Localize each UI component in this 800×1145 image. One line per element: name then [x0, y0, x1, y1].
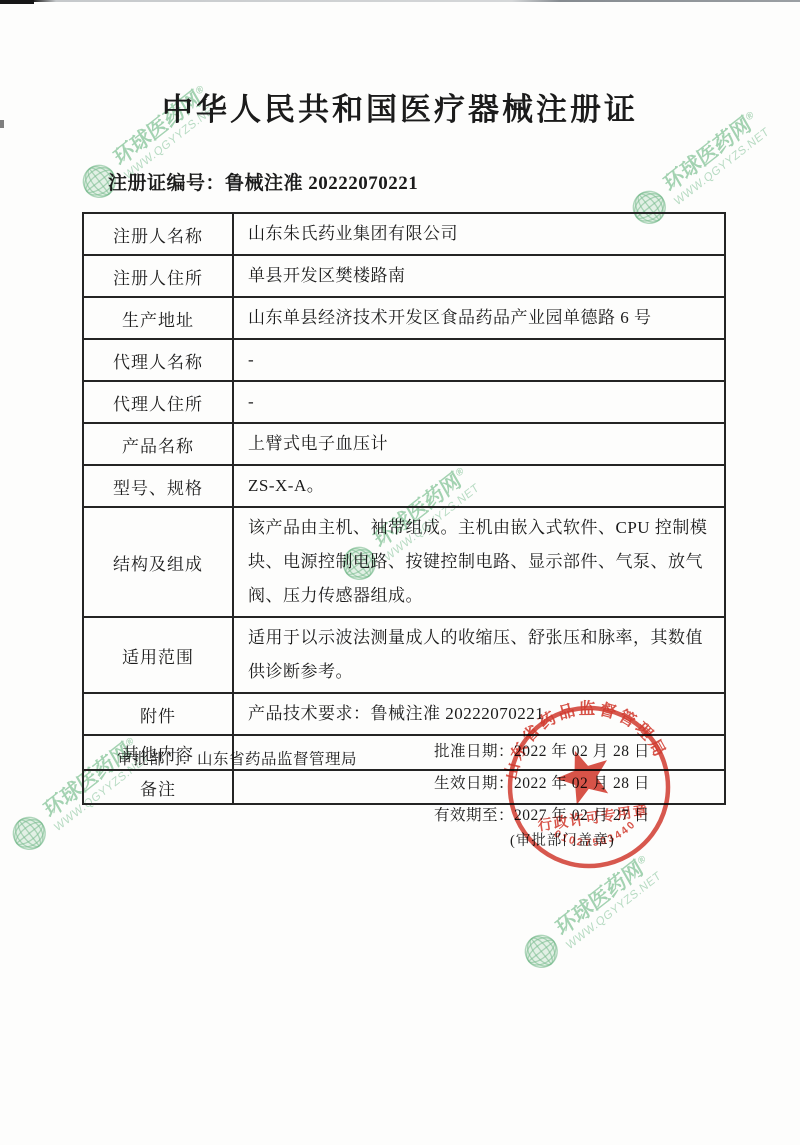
- table-row: 结构及组成该产品由主机、袖带组成。主机由嵌入式软件、CPU 控制模块、电源控制电…: [83, 507, 725, 617]
- row-label: 附件: [83, 693, 233, 735]
- certificate-number: 鲁械注准 20222070221: [225, 173, 418, 194]
- table-row: 注册人名称山东朱氏药业集团有限公司: [83, 213, 725, 255]
- row-label: 生产地址: [83, 297, 233, 339]
- row-value: ZS-X-A。: [233, 465, 725, 507]
- row-value: -: [233, 339, 725, 381]
- table-row: 代理人住所-: [83, 381, 725, 423]
- certificate-number-label: 注册证编号：: [108, 173, 225, 194]
- row-value: 山东朱氏药业集团有限公司: [233, 213, 725, 255]
- stamp-star-icon: [550, 742, 618, 809]
- globe-icon: [515, 925, 568, 978]
- table-row: 型号、规格ZS-X-A。: [83, 465, 725, 507]
- approval-department-label: 审批部门：: [117, 751, 197, 768]
- row-label: 注册人名称: [83, 213, 233, 255]
- approval-department: 山东省药品监督管理局: [197, 751, 357, 768]
- scan-artifact-corner: [0, 0, 34, 4]
- row-label: 注册人住所: [83, 255, 233, 297]
- official-stamp: 山东省药品监督管理局 行政许可专用章 01027503440: [486, 684, 692, 890]
- row-value: 单县开发区樊楼路南: [233, 255, 725, 297]
- globe-icon: [3, 807, 56, 860]
- certificate-page: 环球医药网® WWW.QGYYZS.NET 环球医药网® WWW.QGYYZS.…: [0, 0, 800, 1145]
- certificate-number-line: 注册证编号：鲁械注准 20222070221: [108, 168, 418, 195]
- scan-artifact-topline: [0, 0, 800, 2]
- table-row: 代理人名称-: [83, 339, 725, 381]
- row-label: 代理人住所: [83, 381, 233, 423]
- row-label: 结构及组成: [83, 507, 233, 617]
- approval-department-line: 审批部门：山东省药品监督管理局: [117, 747, 357, 769]
- row-value: 上臂式电子血压计: [233, 423, 725, 465]
- row-value: 该产品由主机、袖带组成。主机由嵌入式软件、CPU 控制模块、电源控制电路、按键控…: [233, 507, 725, 617]
- row-label: 产品名称: [83, 423, 233, 465]
- row-value: 山东单县经济技术开发区食品药品产业园单德路 6 号: [233, 297, 725, 339]
- table-row: 生产地址山东单县经济技术开发区食品药品产业园单德路 6 号: [83, 297, 725, 339]
- page-title: 中华人民共和国医疗器械注册证: [0, 84, 800, 129]
- row-label: 适用范围: [83, 617, 233, 693]
- row-value: -: [233, 381, 725, 423]
- row-label: 备注: [83, 770, 233, 804]
- row-label: 型号、规格: [83, 465, 233, 507]
- table-row: 适用范围适用于以示波法测量成人的收缩压、舒张压和脉率，其数值供诊断参考。: [83, 617, 725, 693]
- table-row: 注册人住所单县开发区樊楼路南: [83, 255, 725, 297]
- row-value: 适用于以示波法测量成人的收缩压、舒张压和脉率，其数值供诊断参考。: [233, 617, 725, 693]
- table-row: 产品名称上臂式电子血压计: [83, 423, 725, 465]
- watermark-url: WWW.QGYYZS.NET: [672, 125, 771, 208]
- row-label: 代理人名称: [83, 339, 233, 381]
